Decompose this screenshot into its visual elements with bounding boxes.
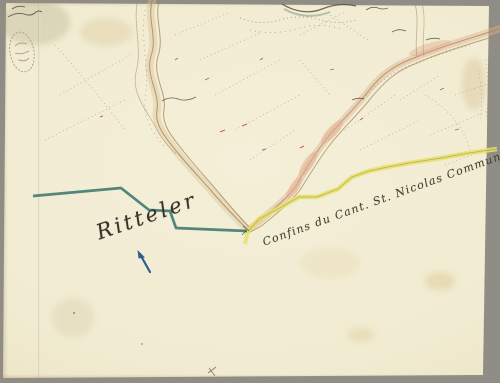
- boundary-ink-line: [248, 149, 497, 231]
- red-annotation-marks: [100, 116, 304, 150]
- village-road: [282, 4, 356, 12]
- village-hatching: [250, 25, 344, 32]
- road-wash: [248, 28, 500, 230]
- field-label-stroke: [366, 7, 388, 10]
- parcel-dotted-lines: [45, 12, 500, 165]
- field-label-stroke: [162, 97, 196, 101]
- yellow-tail: [245, 231, 248, 244]
- map-drawing: [0, 0, 500, 383]
- blue-direction-arrow: [138, 250, 151, 272]
- stream-channel: [135, 0, 176, 154]
- scanned-map-page: Ritteler Confins du Cant. St. Nicolas Co…: [0, 0, 500, 383]
- stamp-outline: [7, 30, 38, 74]
- stream-wash: [150, 0, 247, 229]
- yellow-band: [248, 149, 497, 231]
- village-hatching: [240, 17, 356, 23]
- village-cluster: [240, 4, 356, 33]
- arrow-shaft: [141, 256, 150, 272]
- corner-annotation: [8, 6, 42, 17]
- arrow-head: [138, 250, 146, 259]
- village-stream-teal: [284, 9, 330, 16]
- oval-archive-stamp: [7, 30, 38, 74]
- western-stream: [135, 0, 249, 229]
- stream-bank: [150, 0, 247, 229]
- eastern-road-stream: [248, 4, 500, 232]
- stamp-text-strokes: [14, 42, 31, 62]
- stream-bank: [157, 0, 249, 227]
- field-label-stroke: [426, 38, 440, 40]
- field-label-stroke: [392, 30, 406, 32]
- tiny-field-labels: [162, 7, 440, 101]
